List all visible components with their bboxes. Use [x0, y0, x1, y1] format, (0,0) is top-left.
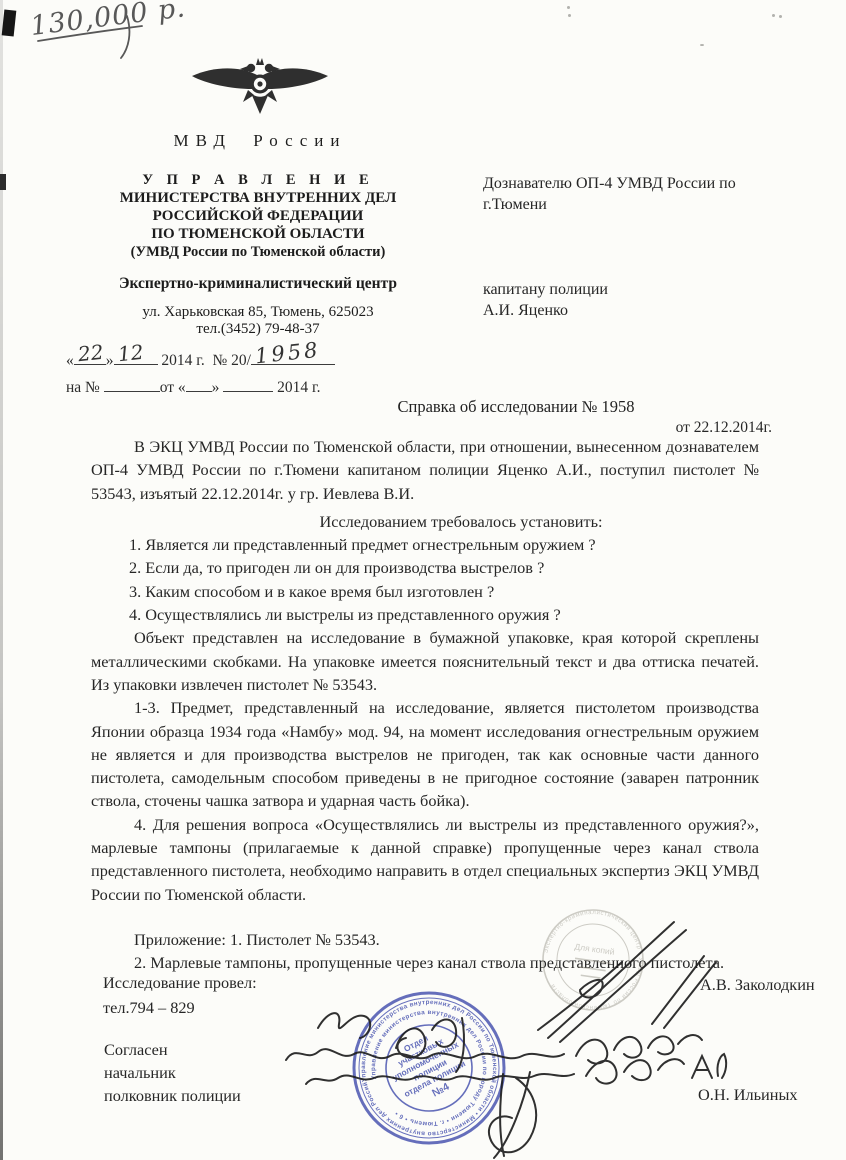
questions-intro: Исследованием требовалось установить:: [127, 510, 795, 533]
ref-label: »: [212, 379, 220, 396]
performed-by-block: Исследование провел: тел.794 – 829: [103, 970, 257, 1020]
ref-year: 2014 г.: [277, 379, 320, 396]
letterhead-block: У П Р А В Л Е Н И Е МИНИСТЕРСТВА ВНУТРЕН…: [58, 172, 458, 338]
svg-text:Управление министерства внутре: Управление министерства внутренних дел Р…: [346, 986, 511, 1150]
document-body: В ЭКЦ УМВД России по Тюменской области, …: [91, 435, 759, 975]
paragraph-intro: В ЭКЦ УМВД России по Тюменской области, …: [91, 435, 759, 505]
scan-speck: [772, 14, 775, 17]
addressee-block: Дознавателю ОП-4 УМВД России по г.Тюмени…: [483, 173, 783, 321]
paragraph-packaging: Объект представлен на исследование в бум…: [91, 626, 759, 696]
addressee-line: Дознавателю ОП-4 УМВД России по: [483, 173, 783, 194]
date-number-line: «22»12 2014 г. № 20/1958: [66, 349, 335, 370]
paragraph-recommendation: 4. Для решения вопроса «Осуществлялись л…: [91, 813, 759, 906]
svg-text:уполномоченных: уполномоченных: [390, 1039, 460, 1082]
svg-text:Управление министерства внутре: Управление министерства внутренних дел Р…: [359, 998, 499, 1138]
expert-center-name: Экспертно-криминалистический центр: [58, 275, 458, 293]
document-title: Справка об исследовании № 1958: [186, 397, 846, 417]
quote-mark: »: [106, 352, 114, 369]
letterhead-line: РОССИЙСКОЙ ФЕДЕРАЦИИ: [58, 207, 458, 225]
letterhead-line: У П Р А В Л Е Н И Е: [58, 172, 458, 189]
blue-round-stamp: Управление министерства внутренних дел Р…: [340, 979, 518, 1157]
month-blank: 12: [114, 349, 158, 365]
ref-label: от «: [160, 379, 186, 396]
svg-text:участковых: участковых: [396, 1036, 445, 1068]
question-item: 3. Каким способом и в какое время был из…: [91, 580, 759, 603]
svg-text:№4: №4: [430, 1081, 451, 1100]
question-item: 2. Если да, то пригоден ли он для произв…: [91, 556, 759, 579]
letterhead-address: ул. Харьковская 85, Тюмень, 625023: [58, 304, 458, 321]
handwritten-number: 1958: [254, 338, 322, 369]
handwritten-sum-note: 130,000 р.: [29, 0, 182, 42]
org-name-top: МВД России: [60, 131, 460, 151]
chief-name: О.Н. Ильиных: [698, 1082, 798, 1107]
year-label: 2014 г.: [161, 352, 204, 369]
ref-blank: [223, 376, 273, 392]
scan-artifact: [0, 174, 6, 190]
quote-mark: «: [66, 352, 74, 369]
agreed-block: Согласен начальник полковник полиции: [104, 1038, 241, 1107]
agreed-label: Согласен: [104, 1038, 241, 1061]
svg-text:Отдел: Отдел: [402, 1033, 430, 1054]
letterhead-line: МИНИСТЕРСТВА ВНУТРЕННИХ ДЕЛ: [58, 189, 458, 207]
addressee-name: А.И. Яценко: [483, 300, 783, 321]
scanned-document-page: 130,000 р. МВД России У П Р А В Л Е Н И …: [0, 0, 846, 1160]
doc-number-prefix: № 20/: [212, 352, 250, 369]
paragraph-findings: 1-3. Предмет, представленный на исследов…: [91, 696, 759, 812]
reference-line: на № от «» 2014 г.: [66, 376, 321, 397]
question-item: 4. Осуществлялись ли выстрелы из предста…: [91, 603, 759, 626]
handwritten-day: 22: [77, 340, 105, 367]
letterhead-line: (УМВД России по Тюменской области): [58, 243, 458, 261]
letterhead-phone: тел.(3452) 79-48-37: [58, 321, 458, 338]
addressee-rank: капитану полиции: [483, 279, 783, 300]
scan-artifact: [2, 9, 17, 36]
number-blank: 1958: [251, 349, 335, 365]
scan-speck: [568, 14, 571, 17]
ref-blank: [104, 376, 160, 392]
scan-speck: [779, 15, 782, 18]
handwritten-month: 12: [116, 340, 144, 367]
svg-text:отдела полиции: отдела полиции: [402, 1058, 467, 1099]
performed-label: Исследование провел:: [103, 970, 257, 995]
question-item: 1. Является ли представленный предмет ог…: [91, 533, 759, 556]
blue-stamp-center-text: Отдел участковых уполномоченных полиции …: [381, 1021, 476, 1112]
mvd-eagle-emblem-icon: [190, 54, 330, 118]
letterhead-line: ПО ТЮМЕНСКОЙ ОБЛАСТИ: [58, 225, 458, 243]
performer-name: А.В. Заколодкин: [700, 972, 815, 997]
performed-phone: тел.794 – 829: [103, 995, 257, 1020]
svg-text:полиции: полиции: [412, 1057, 449, 1083]
agreed-rank: полковник полиции: [104, 1084, 241, 1107]
scan-speck: [567, 6, 570, 9]
agreed-title: начальник: [104, 1061, 241, 1084]
addressee-line: г.Тюмени: [483, 194, 783, 215]
ref-label: на №: [66, 379, 100, 396]
scan-speck: [700, 44, 704, 46]
ref-blank: [186, 376, 212, 392]
day-blank: 22: [74, 349, 106, 365]
attachment-line: Приложение: 1. Пистолет № 53543.: [91, 928, 759, 951]
